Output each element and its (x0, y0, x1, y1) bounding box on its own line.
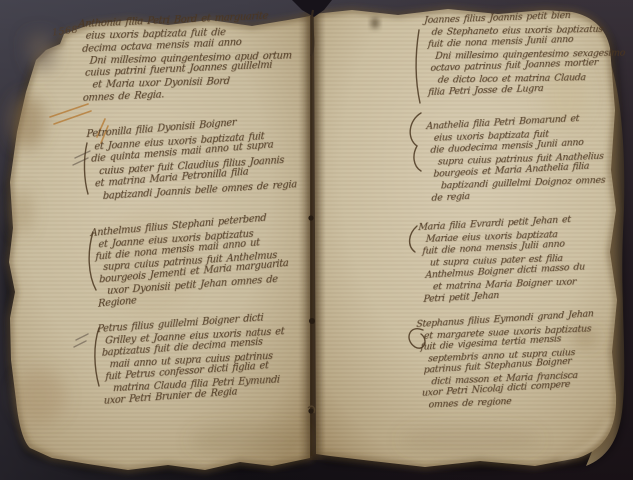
baptism-entry-left-3: Anthelmus filius Stephani peterbendet Jo… (90, 211, 314, 310)
baptism-entry-left-2: Petronilla filia Dyonisii Boigneret Joan… (86, 114, 313, 204)
baptism-entry-left-1: Anthonia filia Petri Bord et marguaritee… (78, 11, 309, 105)
baptism-entry-right-4: Stephanus filius Eymondi grand Jehanet m… (416, 308, 623, 410)
baptism-entry-right-2: Anathelia filia Petri Bomarund eteius ux… (426, 113, 623, 205)
baptism-entry-right-3: Maria filia Evrardi petit Jehan etMariae… (418, 213, 621, 306)
baptism-entry-right-1: Joannes filius Joannis petit biende Step… (424, 10, 622, 99)
manuscript-photo: 1568 Anthonia filia Petri Bord et margua… (0, 0, 633, 480)
ink-blot (371, 18, 379, 29)
baptism-entry-left-4: Petrus filius guillelmi Boigner dictiGri… (97, 311, 314, 408)
